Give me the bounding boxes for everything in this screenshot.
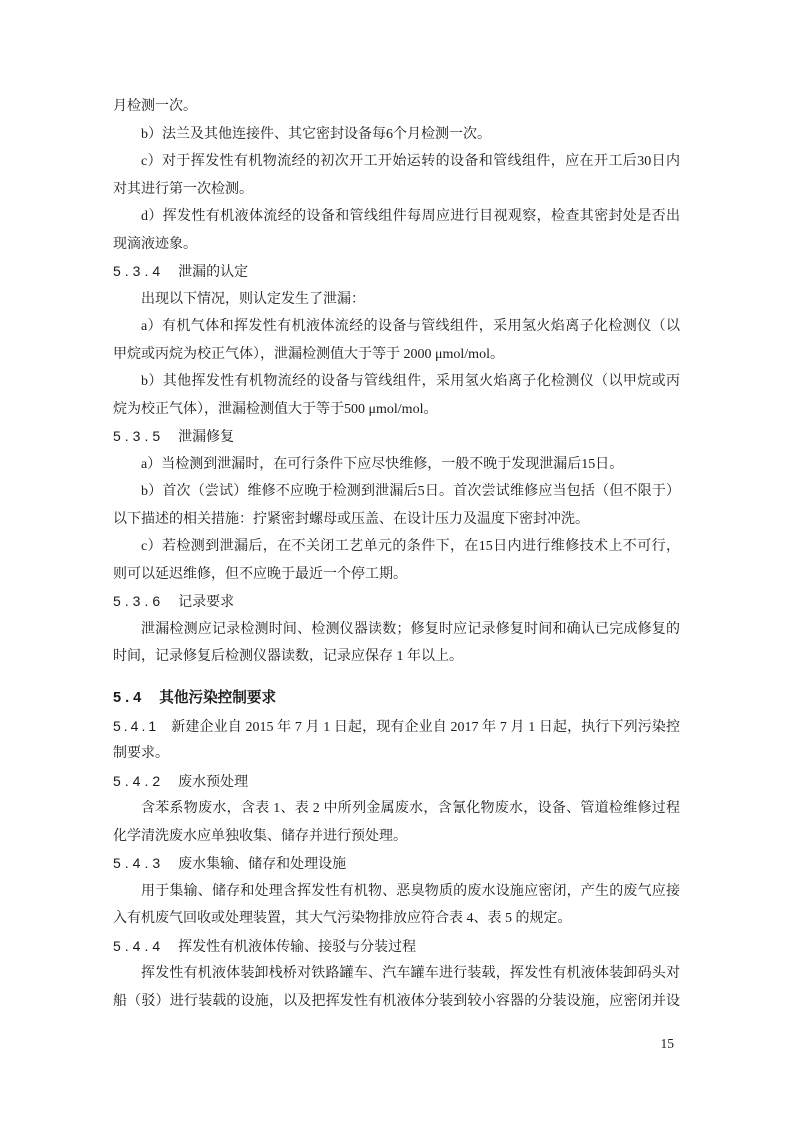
clause-heading: 5.4.3废水集输、储存和处理设施 <box>113 850 680 878</box>
text-line: 挥发性有机液体装卸栈桥对铁路罐车、汽车罐车进行装载，挥发性有机液体装卸码头对 <box>113 960 680 988</box>
clause-heading: 5.3.4泄漏的认定 <box>113 258 680 286</box>
clause-title-text: 废水预处理 <box>178 775 248 790</box>
text-line: d）挥发性有机液体流经的设备和管线组件每周应进行目视观察，检查其密封处是否出 <box>113 203 680 231</box>
clause-title-text: 新建企业自 2015 年 7 月 1 日起，现有企业自 2017 年 7 月 1… <box>171 720 680 735</box>
document-body: 月检测一次。b）法兰及其他连接件、其它密封设备每6个月检测一次。c）对于挥发性有… <box>113 93 680 1015</box>
text-line: 烷为校正气体），泄漏检测值大于等于500 μmol/mol。 <box>113 396 680 424</box>
clause-number: 5.3.5 <box>113 428 164 444</box>
text-line: 甲烷或丙烷为校正气体），泄漏检测值大于等于 2000 μmol/mol。 <box>113 341 680 369</box>
text-line: c）若检测到泄漏后，在不关闭工艺单元的条件下，在15日内进行维修技术上不可行， <box>113 533 680 561</box>
text-line: 制要求。 <box>113 740 680 768</box>
text-line: 以下描述的相关措施：拧紧密封螺母或压盖、在设计压力及温度下密封冲洗。 <box>113 506 680 534</box>
section-heading: 5.4其他污染控制要求 <box>113 685 680 713</box>
text-line: a）有机气体和挥发性有机液体流经的设备与管线组件，采用氢火焰离子化检测仪（以 <box>113 313 680 341</box>
clause-number: 5.4.4 <box>113 938 164 954</box>
clause-heading: 5.3.6记录要求 <box>113 588 680 616</box>
clause-number: 5.3.6 <box>113 593 164 609</box>
text-line: 用于集输、储存和处理含挥发性有机物、恶臭物质的废水设施应密闭，产生的废气应接 <box>113 878 680 906</box>
text-line: 时间，记录修复后检测仪器读数，记录应保存 1 年以上。 <box>113 643 680 671</box>
numbered-paragraph-line: 5.4.1新建企业自 2015 年 7 月 1 日起，现有企业自 2017 年 … <box>113 713 680 741</box>
text-line: 现滴液迹象。 <box>113 231 680 259</box>
clause-number: 5.4.2 <box>113 773 164 789</box>
text-line: b）首次（尝试）维修不应晚于检测到泄漏后5日。首次尝试维修应当包括（但不限于） <box>113 478 680 506</box>
text-line: b）法兰及其他连接件、其它密封设备每6个月检测一次。 <box>113 121 680 149</box>
clause-title-text: 废水集输、储存和处理设施 <box>178 857 346 872</box>
clause-title-text: 挥发性有机液体传输、接驳与分装过程 <box>178 940 416 955</box>
text-line: c）对于挥发性有机物流经的初次开工开始运转的设备和管线组件，应在开工后30日内 <box>113 148 680 176</box>
text-line: 出现以下情况，则认定发生了泄漏： <box>113 286 680 314</box>
clause-heading: 5.4.2废水预处理 <box>113 768 680 796</box>
clause-number: 5.4.3 <box>113 855 164 871</box>
text-line: 对其进行第一次检测。 <box>113 176 680 204</box>
clause-number: 5.3.4 <box>113 263 164 279</box>
clause-title-text: 其他污染控制要求 <box>159 690 276 706</box>
document-page: 月检测一次。b）法兰及其他连接件、其它密封设备每6个月检测一次。c）对于挥发性有… <box>0 0 794 1123</box>
clause-number: 5.4.1 <box>113 718 159 734</box>
text-line: 月检测一次。 <box>113 93 680 121</box>
clause-heading: 5.4.4挥发性有机液体传输、接驳与分装过程 <box>113 933 680 961</box>
clause-title-text: 泄漏的认定 <box>178 265 248 280</box>
text-line: a）当检测到泄漏时，在可行条件下应尽快维修，一般不晚于发现泄漏后15日。 <box>113 451 680 479</box>
page-number: 15 <box>661 1036 675 1052</box>
clause-heading: 5.3.5泄漏修复 <box>113 423 680 451</box>
text-line: 化学清洗废水应单独收集、储存并进行预处理。 <box>113 823 680 851</box>
clause-title-text: 记录要求 <box>178 595 234 610</box>
text-line: 泄漏检测应记录检测时间、检测仪器读数；修复时应记录修复时间和确认已完成修复的 <box>113 616 680 644</box>
clause-number: 5.4 <box>113 690 145 706</box>
text-line: b）其他挥发性有机物流经的设备与管线组件，采用氢火焰离子化检测仪（以甲烷或丙 <box>113 368 680 396</box>
text-line: 则可以延迟维修，但不应晚于最近一个停工期。 <box>113 561 680 589</box>
text-line: 入有机废气回收或处理装置，其大气污染物排放应符合表 4、表 5 的规定。 <box>113 905 680 933</box>
text-line: 船（驳）进行装载的设施，以及把挥发性有机液体分装到较小容器的分装设施，应密闭并设 <box>113 988 680 1016</box>
clause-title-text: 泄漏修复 <box>178 430 234 445</box>
text-line: 含苯系物废水，含表 1、表 2 中所列金属废水，含氰化物废水，设备、管道检维修过… <box>113 795 680 823</box>
